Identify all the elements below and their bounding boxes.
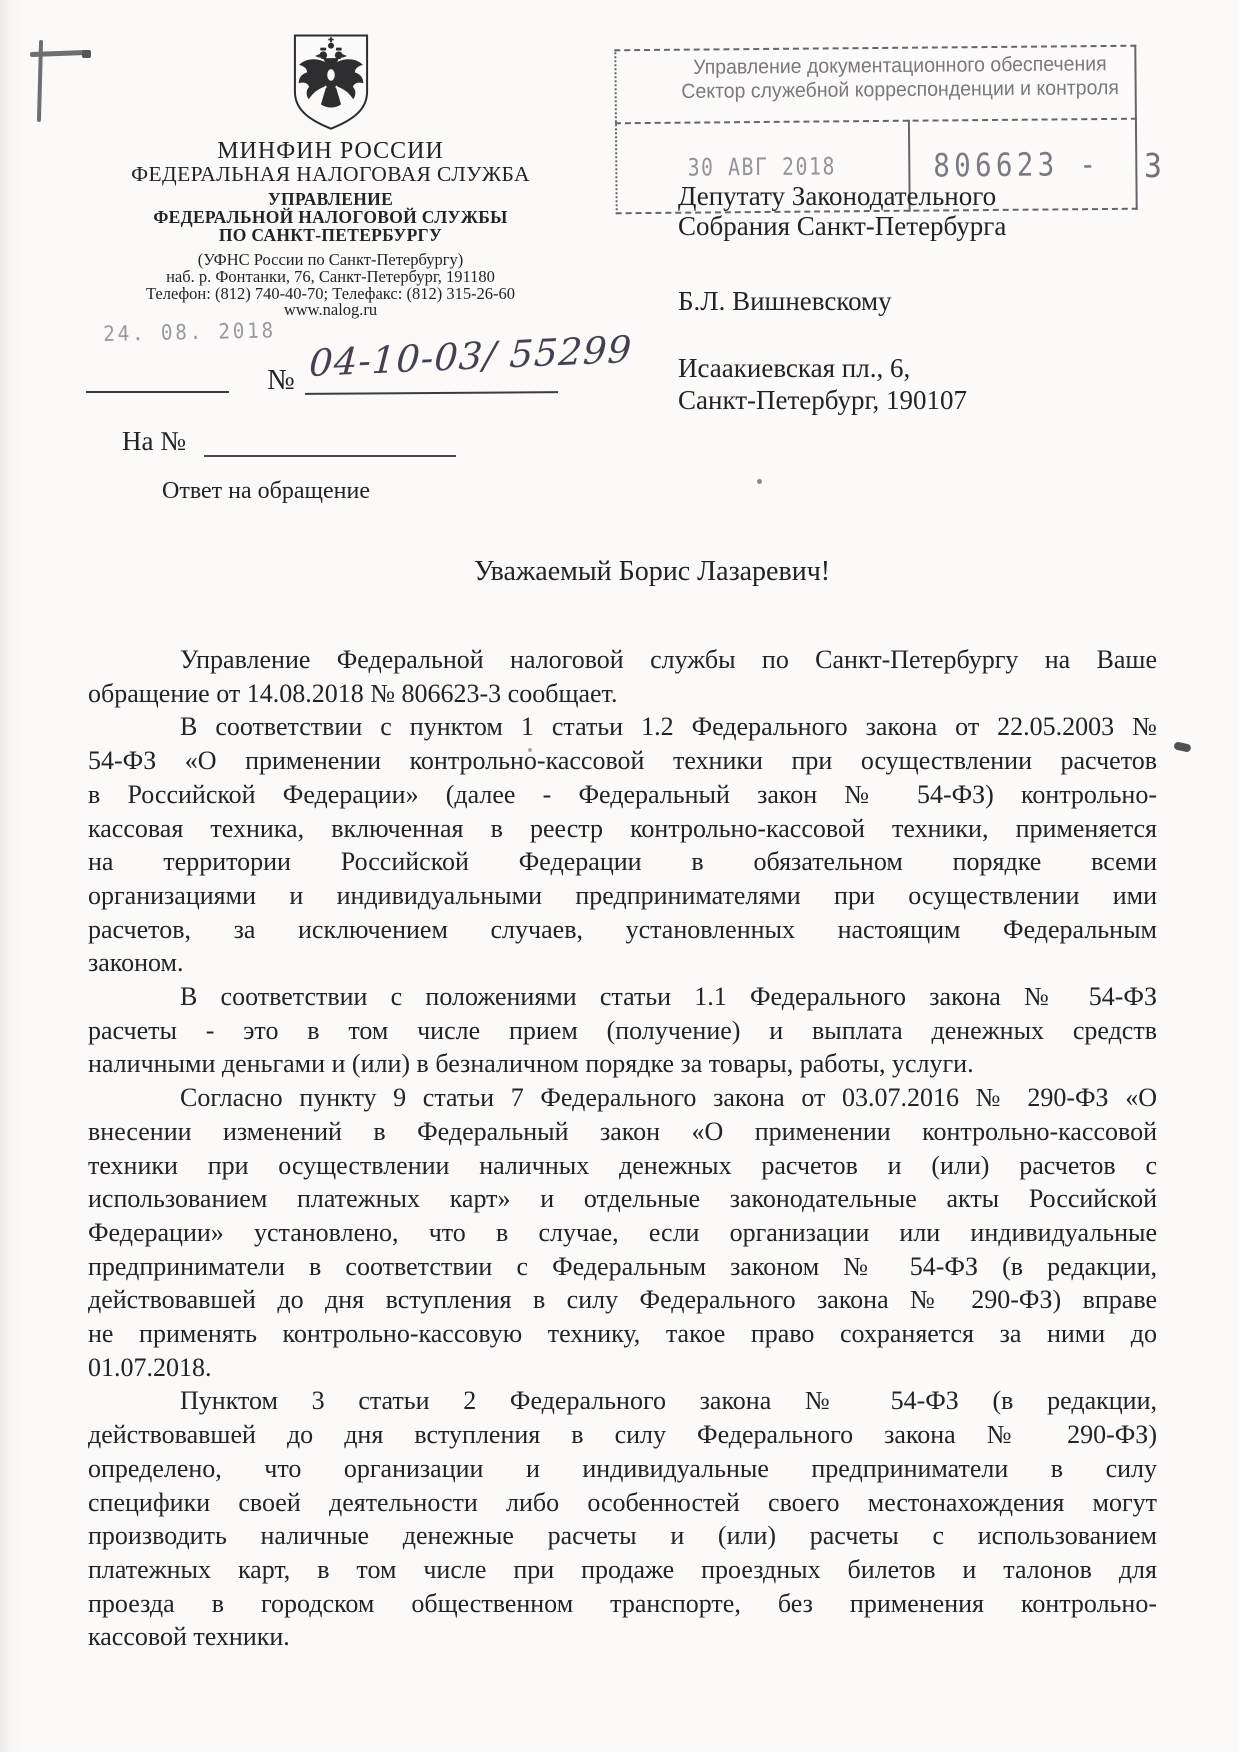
scan-artifact-dot [757,479,762,484]
outgoing-number-handwritten: 04-10-03/ 55299 [308,328,634,385]
body-line: специфики своей деятельности либо особен… [88,1486,1157,1520]
recipient-title-line2: Собрания Санкт-Петербурга [678,211,1006,242]
body-line: 54-ФЗ «О применении контрольно-кассовой … [88,744,1157,778]
stamp-received-date: 30 АВГ 2018 [642,152,882,182]
body-line: предприниматели в соответствии с Федерал… [88,1250,1157,1284]
body-line: действовавшей до дня вступления в силу Ф… [88,1283,1157,1317]
recipient-title-line1: Депутату Законодательного [678,181,996,212]
corner-mark-horizontal-bar [30,50,88,57]
outgoing-date-underline [86,391,229,393]
body-line: использованием платежных карт» и отдельн… [88,1182,1157,1216]
body-line: В соответствии с пунктом 1 статьи 1.2 Фе… [88,710,1157,744]
letterhead-department-line1: УПРАВЛЕНИЕ [108,190,553,208]
scan-artifact-dot-small [528,748,532,752]
outgoing-date-stamp: 24. 08. 2018 [103,318,276,346]
body-line: В соответствии с положениями статьи 1.1 … [88,980,1157,1014]
salutation: Уважаемый Борис Лазаревич! [474,556,830,588]
stamp-border-divider [615,118,1137,125]
body-line: на территории Российской Федерации в обя… [88,845,1157,879]
reply-to-underline [204,455,456,457]
body-line: кассовой техники. [88,1620,1157,1654]
body-line: проезда в городском общественном транспо… [88,1587,1157,1621]
scan-artifact-margin-mark [1173,741,1191,752]
stamp-incoming-number-suffix: 3 [1144,146,1162,185]
body-line: производить наличные денежные расчеты и … [88,1519,1157,1553]
body-line: 01.07.2018. [88,1351,1157,1385]
stamp-border-right [1134,45,1137,210]
letterhead-ministry: МИНФИН РОССИИ [108,140,553,163]
stamp-border-left [614,49,617,214]
body-line: действовавшей до дня вступления в силу Ф… [88,1418,1157,1452]
stamp-border-top [614,45,1136,52]
scanned-letter-page: МИНФИН РОССИИ ФЕДЕРАЛЬНАЯ НАЛОГОВАЯ СЛУЖ… [0,0,1239,1752]
body-line: Пунктом 3 статьи 2 Федерального закона №… [88,1384,1157,1418]
corner-staple-mark-icon [28,33,118,133]
coat-of-arms-russia-icon [288,33,374,132]
body-line: внесении изменений в Федеральный закон «… [88,1115,1157,1149]
body-line: Управление Федеральной налоговой службы … [88,643,1157,677]
body-line: техники при осуществлении наличных денеж… [88,1149,1157,1183]
numero-sign: № [267,364,295,397]
recipient-name: Б.Л. Вишневскому [678,286,892,317]
body-line: обращение от 14.08.2018 № 806623-3 сообщ… [88,677,1157,711]
reply-to-label: На № [122,426,186,457]
body-line: законом. [88,946,1157,980]
outgoing-number-underline [305,391,558,395]
body-line: кассовая техника, включенная в реестр ко… [88,812,1157,846]
body-line: расчетов, за исключением случаев, устано… [88,913,1157,947]
letterhead: МИНФИН РОССИИ ФЕДЕРАЛЬНАЯ НАЛОГОВАЯ СЛУЖ… [108,33,553,319]
corner-mark-blob [82,50,91,58]
body-line: платежных карт, в том числе при продаже … [88,1553,1157,1587]
body-line: Федерации» установлено, что в случае, ес… [88,1216,1157,1250]
stamp-incoming-number: 806623 - [933,145,1100,184]
body-line: расчеты - это в том числе прием (получен… [88,1014,1157,1048]
letterhead-website: www.nalog.ru [108,302,553,319]
body-line: в Российской Федерации» (далее - Федерал… [88,778,1157,812]
body-text: Управление Федеральной налоговой службы … [88,643,1157,1654]
body-line: Согласно пункту 9 статьи 7 Федерального … [88,1081,1157,1115]
letterhead-service: ФЕДЕРАЛЬНАЯ НАЛОГОВАЯ СЛУЖБА [108,163,553,186]
stamp-dept-line2: Сектор служебной корреспонденции и контр… [670,76,1131,104]
body-line: наличными деньгами и (или) в безналичном… [88,1047,1157,1081]
letterhead-department-line3: ПО САНКТ-ПЕТЕРБУРГУ [108,226,553,244]
letterhead-department-line2: ФЕДЕРАЛЬНОЙ НАЛОГОВОЙ СЛУЖБЫ [108,208,553,226]
body-line: организациями и индивидуальными предприн… [88,879,1157,913]
body-line: не применять контрольно-кассовую технику… [88,1317,1157,1351]
reply-note: Ответ на обращение [162,478,370,505]
recipient-address-line1: Исаакиевская пл., 6, [678,353,910,384]
body-line: определено, что организации и индивидуал… [88,1452,1157,1486]
recipient-address-line2: Санкт-Петербург, 190107 [678,385,967,416]
